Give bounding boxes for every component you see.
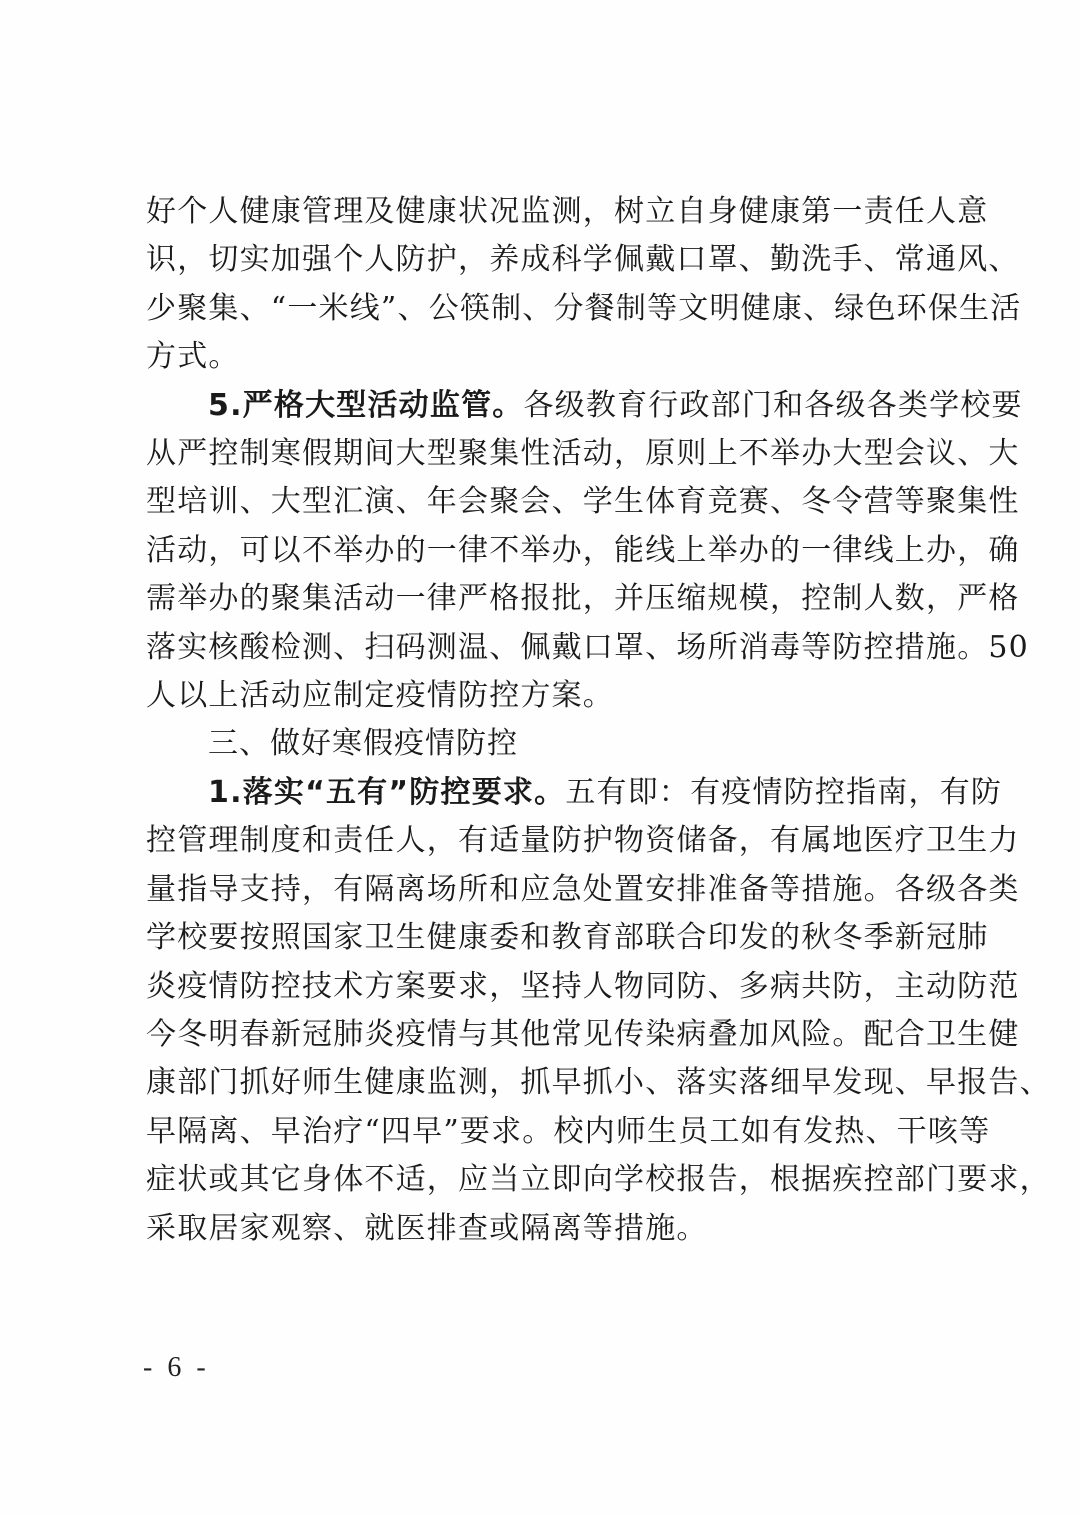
document-page: 好个人健康管理及健康状况监测，树立自身健康第一责任人意 识，切实加强个人防护，养… <box>0 0 1080 1516</box>
text-line: 5.严格大型活动监管。各级教育行政部门和各级各类学校要 <box>146 382 946 430</box>
paragraph-lead-heading: 5.严格大型活动监管。 <box>208 388 523 423</box>
text-line: 采取居家观察、就医排查或隔离等措施。 <box>146 1205 946 1253</box>
text-fragment: 五有即：有疫情防控指南，有防 <box>565 775 1002 810</box>
text-line: 方式。 <box>146 333 946 381</box>
text-line: 量指导支持，有隔离场所和应急处置安排准备等措施。各级各类 <box>146 866 946 914</box>
text-line: 炎疫情防控技术方案要求，坚持人物同防、多病共防，主动防范 <box>146 963 946 1011</box>
text-line: 早隔离、早治疗“四早”要求。校内师生员工如有发热、干咳等 <box>146 1108 946 1156</box>
text-line: 从严控制寒假期间大型聚集性活动，原则上不举办大型会议、大 <box>146 430 946 478</box>
text-line: 落实核酸检测、扫码测温、佩戴口罩、场所消毒等防控措施。50 <box>146 624 946 672</box>
text-line: 控管理制度和责任人，有适量防护物资储备，有属地医疗卫生力 <box>146 817 946 865</box>
text-line: 人以上活动应制定疫情防控方案。 <box>146 672 946 720</box>
text-line: 需举办的聚集活动一律严格报批，并压缩规模，控制人数，严格 <box>146 575 946 623</box>
text-line: 学校要按照国家卫生健康委和教育部联合印发的秋冬季新冠肺 <box>146 914 946 962</box>
text-line: 今冬明春新冠肺炎疫情与其他常见传染病叠加风险。配合卫生健 <box>146 1011 946 1059</box>
text-line: 症状或其它身体不适，应当立即向学校报告，根据疾控部门要求， <box>146 1156 946 1204</box>
text-line: 康部门抓好师生健康监测，抓早抓小、落实落细早发现、早报告、 <box>146 1059 946 1107</box>
page-number: - 6 - <box>143 1352 210 1384</box>
paragraph-health-management: 好个人健康管理及健康状况监测，树立自身健康第一责任人意 识，切实加强个人防护，养… <box>146 188 946 382</box>
document-body: 好个人健康管理及健康状况监测，树立自身健康第一责任人意 识，切实加强个人防护，养… <box>146 188 946 1253</box>
paragraph-lead-heading: 1.落实“五有”防控要求。 <box>208 775 565 810</box>
section-heading: 三、做好寒假疫情防控 <box>146 720 946 768</box>
text-line: 少聚集、“一米线”、公筷制、分餐制等文明健康、绿色环保生活 <box>146 285 946 333</box>
text-line: 1.落实“五有”防控要求。五有即：有疫情防控指南，有防 <box>146 769 946 817</box>
text-line: 活动，可以不举办的一律不举办，能线上举办的一律线上办，确 <box>146 527 946 575</box>
paragraph-five-requirements: 1.落实“五有”防控要求。五有即：有疫情防控指南，有防 控管理制度和责任人，有适… <box>146 769 946 1253</box>
text-fragment: 各级教育行政部门和各级各类学校要 <box>523 388 1022 423</box>
text-line: 好个人健康管理及健康状况监测，树立自身健康第一责任人意 <box>146 188 946 236</box>
text-line: 识，切实加强个人防护，养成科学佩戴口罩、勤洗手、常通风、 <box>146 236 946 284</box>
paragraph-large-event-supervision: 5.严格大型活动监管。各级教育行政部门和各级各类学校要 从严控制寒假期间大型聚集… <box>146 382 946 721</box>
text-line: 型培训、大型汇演、年会聚会、学生体育竞赛、冬令营等聚集性 <box>146 478 946 526</box>
